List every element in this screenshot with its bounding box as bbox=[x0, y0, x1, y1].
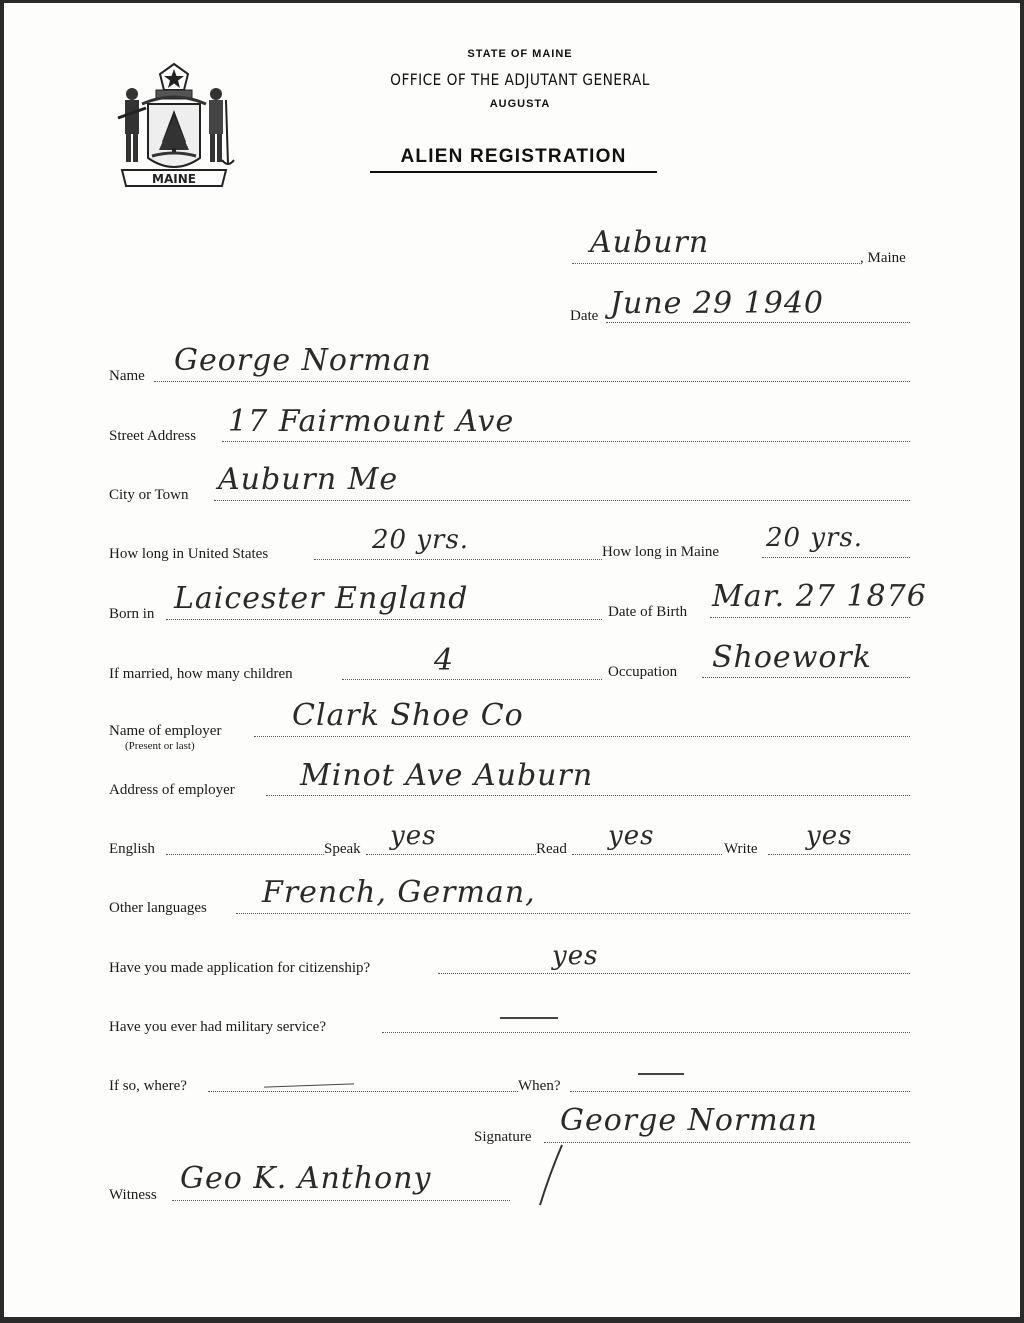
date-value[interactable]: June 29 1940 bbox=[610, 286, 824, 321]
header-city: AUGUSTA bbox=[12, 98, 1024, 110]
town-line bbox=[572, 263, 860, 264]
children-line bbox=[342, 679, 602, 680]
military-value[interactable] bbox=[500, 1017, 558, 1019]
name-value[interactable]: George Norman bbox=[174, 343, 432, 378]
other-languages-label: Other languages bbox=[109, 900, 207, 917]
speak-line bbox=[366, 854, 536, 855]
born-in-label: Born in bbox=[109, 606, 154, 623]
occupation-line bbox=[702, 677, 910, 678]
town-value[interactable]: Auburn bbox=[590, 225, 709, 260]
children-value[interactable]: 4 bbox=[434, 643, 454, 678]
employer-name-sublabel: (Present or last) bbox=[125, 740, 195, 752]
employer-name-value[interactable]: Clark Shoe Co bbox=[292, 698, 524, 733]
date-of-birth-value[interactable]: Mar. 27 1876 bbox=[712, 579, 927, 614]
witness-label: Witness bbox=[109, 1187, 157, 1204]
date-label: Date bbox=[570, 308, 598, 325]
city-line bbox=[214, 500, 910, 501]
employer-address-label: Address of employer bbox=[109, 782, 235, 799]
how-long-us-value[interactable]: 20 yrs. bbox=[372, 525, 469, 555]
employer-address-value[interactable]: Minot Ave Auburn bbox=[300, 758, 593, 793]
city-value[interactable]: Auburn Me bbox=[218, 462, 398, 497]
street-address-value[interactable]: 17 Fairmount Ave bbox=[228, 404, 514, 439]
write-value[interactable]: yes bbox=[806, 821, 852, 851]
read-line bbox=[572, 854, 722, 855]
citizenship-line bbox=[438, 973, 910, 974]
born-in-value[interactable]: Laicester England bbox=[174, 581, 468, 616]
name-line bbox=[154, 381, 910, 382]
signature-line bbox=[544, 1142, 910, 1143]
when-label: When? bbox=[518, 1078, 560, 1095]
date-line bbox=[606, 322, 910, 323]
signature-flourish bbox=[536, 1143, 566, 1207]
children-label: If married, how many children bbox=[109, 666, 293, 683]
header-state: STATE OF MAINE bbox=[12, 48, 1024, 60]
employer-address-line bbox=[266, 795, 910, 796]
svg-text:MAINE: MAINE bbox=[152, 172, 196, 186]
date-of-birth-label: Date of Birth bbox=[608, 604, 687, 621]
city-label: City or Town bbox=[109, 487, 189, 504]
military-label: Have you ever had military service? bbox=[109, 1019, 326, 1036]
citizenship-label: Have you made application for citizenshi… bbox=[109, 960, 370, 977]
other-languages-value[interactable]: French, German, bbox=[262, 875, 536, 910]
english-label: English bbox=[109, 841, 155, 858]
where-label: If so, where? bbox=[109, 1078, 187, 1095]
how-long-us-label: How long in United States bbox=[109, 546, 268, 563]
speak-label: Speak bbox=[324, 841, 361, 858]
write-line bbox=[768, 854, 910, 855]
how-long-maine-value[interactable]: 20 yrs. bbox=[766, 523, 863, 553]
how-long-us-line bbox=[314, 559, 602, 560]
how-long-maine-label: How long in Maine bbox=[602, 544, 719, 561]
english-line bbox=[166, 854, 324, 855]
witness-value[interactable]: Geo K. Anthony bbox=[180, 1161, 432, 1196]
date-of-birth-line bbox=[710, 617, 910, 618]
write-label: Write bbox=[724, 841, 758, 858]
employer-name-line bbox=[254, 736, 910, 737]
occupation-label: Occupation bbox=[608, 664, 677, 681]
military-line bbox=[382, 1032, 910, 1033]
witness-line bbox=[172, 1200, 510, 1201]
born-in-line bbox=[166, 619, 602, 620]
when-line bbox=[570, 1091, 910, 1092]
name-label: Name bbox=[109, 368, 145, 385]
read-label: Read bbox=[536, 841, 567, 858]
street-address-label: Street Address bbox=[109, 428, 196, 445]
other-languages-line bbox=[236, 913, 910, 914]
where-line bbox=[208, 1091, 518, 1092]
read-value[interactable]: yes bbox=[608, 821, 654, 851]
header-office: OFFICE OF THE ADJUTANT GENERAL bbox=[83, 70, 957, 89]
speak-value[interactable]: yes bbox=[390, 821, 436, 851]
when-value[interactable] bbox=[638, 1073, 684, 1075]
street-address-line bbox=[222, 441, 910, 442]
town-suffix: , Maine bbox=[860, 250, 906, 267]
occupation-value[interactable]: Shoework bbox=[712, 640, 872, 675]
page-title: ALIEN REGISTRATION bbox=[370, 146, 657, 173]
how-long-maine-line bbox=[762, 557, 910, 558]
where-value[interactable] bbox=[264, 1083, 354, 1087]
signature-value[interactable]: George Norman bbox=[560, 1103, 818, 1138]
alien-registration-form: MAINE STATE OF MAINE OFFICE OF THE ADJUT… bbox=[4, 3, 1020, 1317]
citizenship-value[interactable]: yes bbox=[552, 941, 598, 971]
signature-label: Signature bbox=[474, 1129, 532, 1146]
employer-name-label: Name of employer bbox=[109, 723, 221, 740]
